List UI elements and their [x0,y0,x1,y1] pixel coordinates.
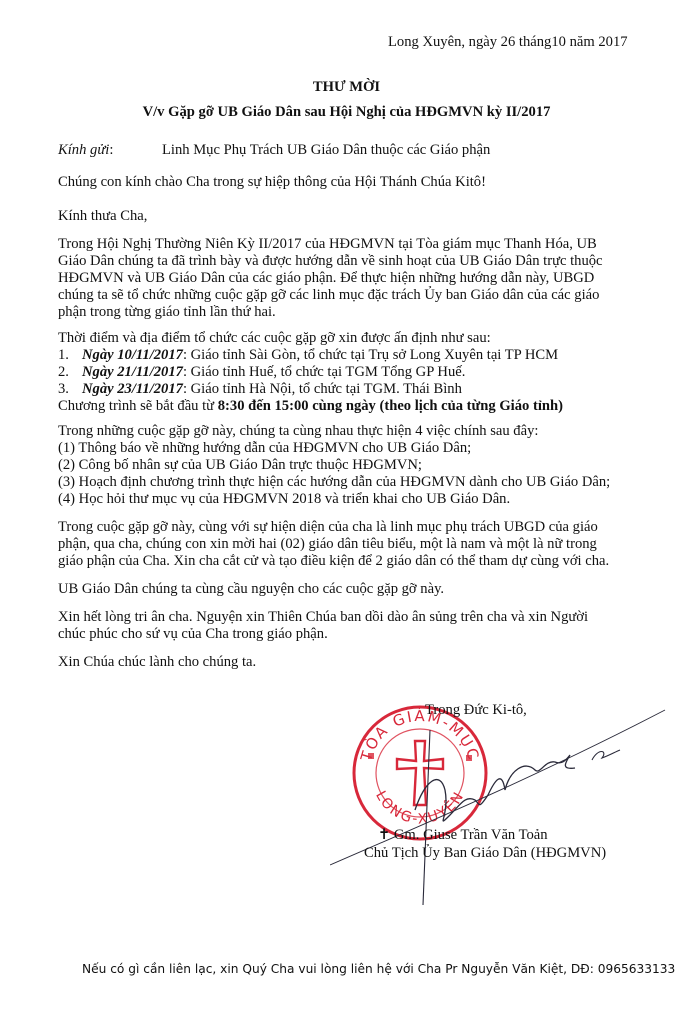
recipient-value: Linh Mục Phụ Trách UB Giáo Dân thuộc các… [162,142,490,159]
paragraph-line: Giáo Dân chúng ta đã trình bày và được h… [58,253,603,270]
schedule-intro: Thời điểm và địa điểm tổ chức các cuộc g… [58,330,491,347]
footer-contact: Nếu có gì cần liên lạc, xin Quý Cha vui … [82,962,675,976]
task-item: (3) Hoạch định chương trình thực hiện cá… [58,474,610,491]
schedule-detail: : Giáo tỉnh Huế, tổ chức tại TGM Tổng GP… [183,364,465,380]
schedule-time: Chương trình sẽ bắt đầu từ 8:30 đến 15:0… [58,398,563,415]
blessing-line: Xin Chúa chúc lành cho chúng ta. [58,654,256,671]
paragraph-line: chúng ta sẽ tổ chức những cuộc gặp gỡ cá… [58,287,599,304]
signer-position: Chủ Tịch Ủy Ban Giáo Dân (HĐGMVN) [364,845,606,862]
schedule-date: Ngày 23/11/2017 [82,381,183,397]
document-subject: V/v Gặp gỡ UB Giáo Dân sau Hội Nghị của … [0,104,693,121]
schedule-date: Ngày 10/11/2017 [82,347,183,363]
place-date: Long Xuyên, ngày 26 tháng10 năm 2017 [388,34,628,51]
schedule-item: 2.Ngày 21/11/2017: Giáo tỉnh Huế, tổ chứ… [58,364,465,381]
greeting: Chúng con kính chào Cha trong sự hiệp th… [58,174,486,191]
task-item: (2) Công bố nhân sự của UB Giáo Dân trực… [58,457,422,474]
paragraph-line: Trong Hội Nghị Thường Niên Kỳ II/2017 củ… [58,236,597,253]
signer-name: ✝ Gm. Giuse Trần Văn Toản [378,826,548,844]
recipient-label: Kính gửi [58,142,109,158]
list-number: 3. [58,381,82,398]
schedule-detail: : Giáo tỉnh Hà Nội, tổ chức tại TGM. Thá… [183,381,462,397]
paragraph-line: HĐGMVN và UB Giáo Dân của các giáo phận.… [58,270,594,287]
paragraph-line: phận trong từng giáo tỉnh lần thứ hai. [58,304,276,321]
prayer-line: UB Giáo Dân chúng ta cùng cầu nguyện cho… [58,581,444,598]
schedule-time-bold: 8:30 đến 15:00 cùng ngày (theo lịch của … [218,398,563,414]
closing-phrase: Trong Đức Ki-tô, [425,702,527,719]
paragraph-line: Trong cuộc gặp gỡ này, cùng với sự hiện … [58,519,598,536]
paragraph-line: chúc phúc cho sứ vụ của Cha trong giáo p… [58,626,328,643]
list-number: 2. [58,364,82,381]
schedule-item: 1.Ngày 10/11/2017: Giáo tỉnh Sài Gòn, tổ… [58,347,558,364]
recipient-line: Kính gửi: Linh Mục Phụ Trách UB Giáo Dân… [58,142,113,159]
schedule-date: Ngày 21/11/2017 [82,364,183,380]
recipient-colon: : [109,142,113,158]
task-item: (4) Học hỏi thư mục vụ của HĐGMVN 2018 v… [58,491,510,508]
schedule-time-prefix: Chương trình sẽ bắt đầu từ [58,398,218,414]
svg-text:LONG-XUYÊN: LONG-XUYÊN [372,788,468,827]
tasks-intro: Trong những cuộc gặp gỡ này, chúng ta cù… [58,423,538,440]
salutation: Kính thưa Cha, [58,208,147,225]
paragraph-line: phận, qua cha, chúng con xin mời hai (02… [58,536,597,553]
schedule-detail: : Giáo tỉnh Sài Gòn, tổ chức tại Trụ sở … [183,347,558,363]
document-title: THƯ MỜI [0,79,693,96]
task-item: (1) Thông báo về những hướng dẫn của HĐG… [58,440,471,457]
paragraph-line: giáo phận của Cha. Xin cha cắt cử và tạo… [58,553,609,570]
paragraph-line: Xin hết lòng tri ân cha. Nguyện xin Thiê… [58,609,588,626]
schedule-item: 3.Ngày 23/11/2017: Giáo tỉnh Hà Nội, tổ … [58,381,462,398]
list-number: 1. [58,347,82,364]
